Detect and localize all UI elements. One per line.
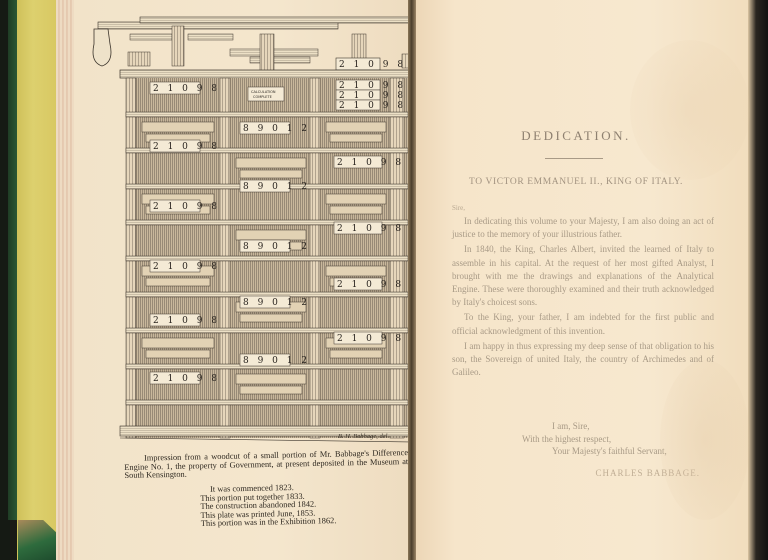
dial-reading: 2 1 0 9 8 xyxy=(153,316,220,326)
dial-reading: 2 1 0 9 8 xyxy=(153,262,220,272)
yellow-endpaper xyxy=(17,0,57,560)
dedication-addressee: TO VICTOR EMMANUEL II., KING OF ITALY. xyxy=(440,177,712,187)
dial-reading: 8 9 0 1 2 xyxy=(243,356,310,366)
dedication-paragraph: In 1840, the King, Charles Albert, invit… xyxy=(452,243,714,309)
complete-label: COMPLETE xyxy=(253,95,272,99)
illustrator-credit: B. H. Babbage, del. xyxy=(338,433,389,440)
dedication-closing: I am, Sire, With the highest respect, Yo… xyxy=(440,420,712,458)
dial-reading: 2 1 0 9 8 xyxy=(337,280,404,290)
dial-reading: 2 1 0 9 8 xyxy=(339,91,406,101)
dial-reading: 8 9 0 1 2 xyxy=(243,124,310,134)
dial-reading: 8 9 0 1 2 xyxy=(243,242,310,252)
closing-line: I am, Sire, xyxy=(440,420,712,433)
dial-reading: 2 1 0 9 8 xyxy=(153,142,220,152)
salutation: Sire, xyxy=(452,204,465,212)
dedication-paragraph: In dedicating this volume to your Majest… xyxy=(452,215,714,241)
open-book-photo: 2 1 0 9 8 xyxy=(0,0,768,560)
closing-line: Your Majesty's faithful Servant, xyxy=(440,445,712,458)
closing-line: With the highest respect, xyxy=(440,433,712,446)
dial-reading: 8 9 0 1 2 xyxy=(243,182,310,192)
dial-reading: 2 1 0 9 8 xyxy=(339,60,406,70)
dedication-body: In dedicating this volume to your Majest… xyxy=(452,215,714,381)
dial-reading: 2 1 0 9 8 xyxy=(153,84,220,94)
dial-reading: 2 1 0 9 8 xyxy=(339,81,406,91)
dial-reading: 2 1 0 9 8 xyxy=(339,101,406,111)
dial-reading: 2 1 0 9 8 xyxy=(337,224,404,234)
dial-reading: 2 1 0 9 8 xyxy=(153,202,220,212)
calculation-label: CALCULATION xyxy=(251,90,276,94)
dial-reading: 8 9 0 1 2 xyxy=(243,298,310,308)
page-edges xyxy=(56,0,76,560)
difference-engine-engraving: 2 1 0 9 8 xyxy=(90,14,408,444)
dial-reading: 2 1 0 9 8 xyxy=(153,374,220,384)
engine-history: It was commenced 1823. This portion put … xyxy=(200,483,336,529)
book-gutter xyxy=(408,0,416,560)
signature: CHARLES BABBAGE. xyxy=(440,468,700,478)
dial-reading: 2 1 0 9 8 xyxy=(337,158,404,168)
right-page-edge xyxy=(748,0,768,560)
dedication-paragraph: I am happy in thus expressing my deep se… xyxy=(452,340,714,380)
engraving-illustration: 2 1 0 9 8 xyxy=(90,14,408,444)
dedication-title: DEDICATION. xyxy=(440,128,712,144)
title-rule xyxy=(545,158,603,159)
dedication-paragraph: To the King, your father, I am indebted … xyxy=(452,311,714,337)
dial-reading: 2 1 0 9 8 xyxy=(337,334,404,344)
